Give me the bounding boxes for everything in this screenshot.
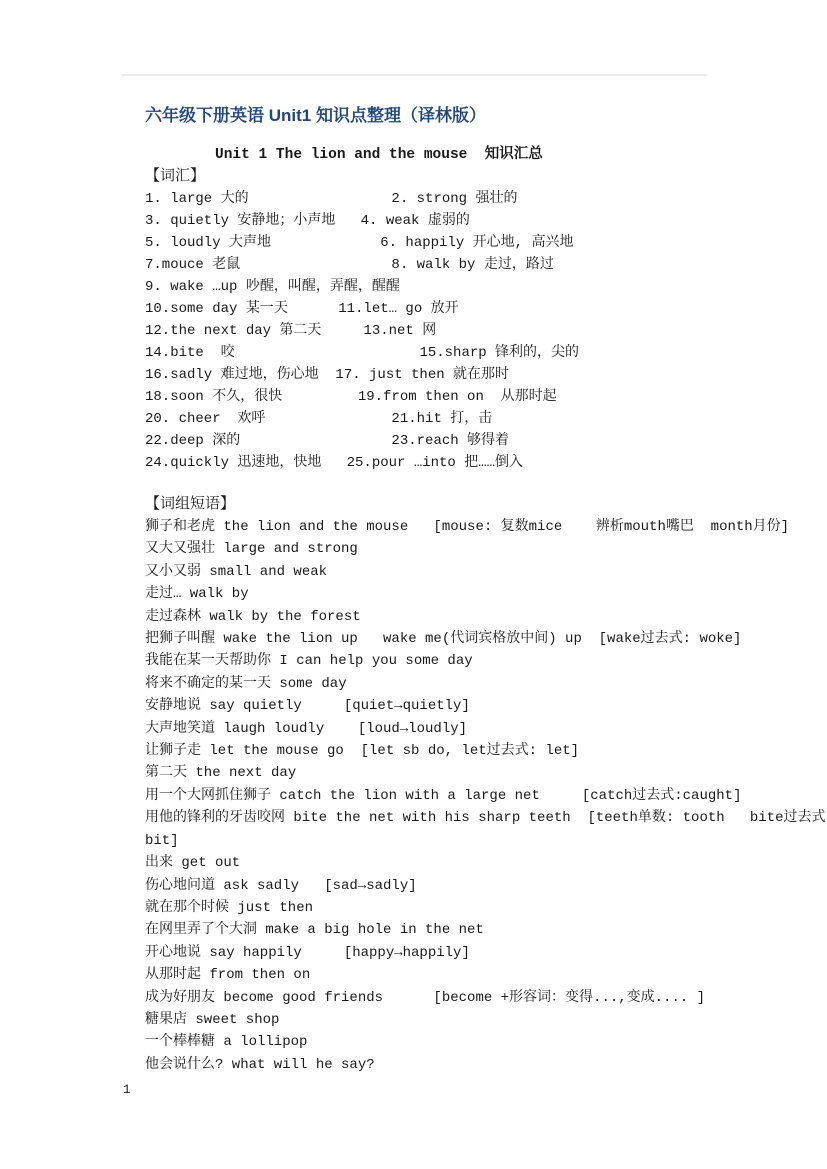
phrase-line: 将来不确定的某一天 some day (145, 673, 815, 695)
phrase-line: bit] (145, 830, 815, 852)
phrase-line: 走过森林 walk by the forest (145, 606, 815, 628)
phrase-line: 在网里弄了个大洞 make a big hole in the net (145, 919, 815, 941)
phrase-line: 狮子和老虎 the lion and the mouse [mouse: 复数m… (145, 516, 815, 538)
phrase-line: 又小又弱 small and weak (145, 561, 815, 583)
doc-heading: Unit 1 The lion and the mouse 知识汇总 (145, 144, 815, 166)
phrase-line: 出来 get out (145, 852, 815, 874)
phrase-line: 让狮子走 let the mouse go [let sb do, let过去式… (145, 740, 815, 762)
phrase-line: 成为好朋友 become good friends [become +形容词：变… (145, 987, 815, 1009)
vocab-section-label: 【词汇】 (145, 166, 815, 188)
vocab-line: 10.some day 某一天 11.let… go 放开 (145, 298, 815, 320)
phrase-line: 糖果店 sweet shop (145, 1009, 815, 1031)
phrases-section: 【词组短语】 狮子和老虎 the lion and the mouse [mou… (145, 494, 815, 1076)
vocab-line: 9. wake …up 吵醒，叫醒，弄醒，醒醒 (145, 276, 815, 298)
phrase-line: 第二天 the next day (145, 762, 815, 784)
phrase-line: 走过… walk by (145, 583, 815, 605)
vocab-line: 24.quickly 迅速地，快地 25.pour …into 把……倒入 (145, 452, 815, 474)
vocab-line: 5. loudly 大声地 6. happily 开心地, 高兴地 (145, 232, 815, 254)
vocab-section: 【词汇】 1. large 大的 2. strong 强壮的 3. quietl… (145, 166, 815, 474)
vocab-line: 22.deep 深的 23.reach 够得着 (145, 430, 815, 452)
phrase-line: 从那时起 from then on (145, 964, 815, 986)
vocab-line: 14.bite 咬 15.sharp 锋利的，尖的 (145, 342, 815, 364)
vocab-line: 20. cheer 欢呼 21.hit 打，击 (145, 408, 815, 430)
phrase-line: 伤心地问道 ask sadly [sad→sadly] (145, 875, 815, 897)
phrase-line: 用一个大网抓住狮子 catch the lion with a large ne… (145, 785, 815, 807)
header-rule (122, 74, 707, 76)
phrase-line: 他会说什么? what will he say? (145, 1054, 815, 1076)
phrase-line: 就在那个时候 just then (145, 897, 815, 919)
page-number: 1 (123, 1082, 131, 1098)
document-content: 六年级下册英语 Unit1 知识点整理（译林版） Unit 1 The lion… (145, 104, 815, 1076)
phrases-section-label: 【词组短语】 (145, 494, 815, 516)
doc-title: 六年级下册英语 Unit1 知识点整理（译林版） (145, 104, 815, 128)
phrase-line: 我能在某一天帮助你 I can help you some day (145, 650, 815, 672)
vocab-line: 3. quietly 安静地；小声地 4. weak 虚弱的 (145, 210, 815, 232)
vocab-line: 7.mouce 老鼠 8. walk by 走过，路过 (145, 254, 815, 276)
phrase-line: 又大又强壮 large and strong (145, 538, 815, 560)
section-gap (145, 474, 815, 494)
phrase-line: 开心地说 say happily [happy→happily] (145, 942, 815, 964)
vocab-line: 12.the next day 第二天 13.net 网 (145, 320, 815, 342)
phrase-line: 一个棒棒糖 a lollipop (145, 1031, 815, 1053)
phrase-line: 把狮子叫醒 wake the lion up wake me(代词宾格放中间) … (145, 628, 815, 650)
phrase-line: 用他的锋利的牙齿咬网 bite the net with his sharp t… (145, 807, 815, 829)
phrase-line: 大声地笑道 laugh loudly [loud→loudly] (145, 718, 815, 740)
document-page: 六年级下册英语 Unit1 知识点整理（译林版） Unit 1 The lion… (0, 0, 827, 1169)
vocab-line: 18.soon 不久，很快 19.from then on 从那时起 (145, 386, 815, 408)
phrase-line: 安静地说 say quietly [quiet→quietly] (145, 695, 815, 717)
vocab-line: 1. large 大的 2. strong 强壮的 (145, 188, 815, 210)
vocab-line: 16.sadly 难过地，伤心地 17. just then 就在那时 (145, 364, 815, 386)
